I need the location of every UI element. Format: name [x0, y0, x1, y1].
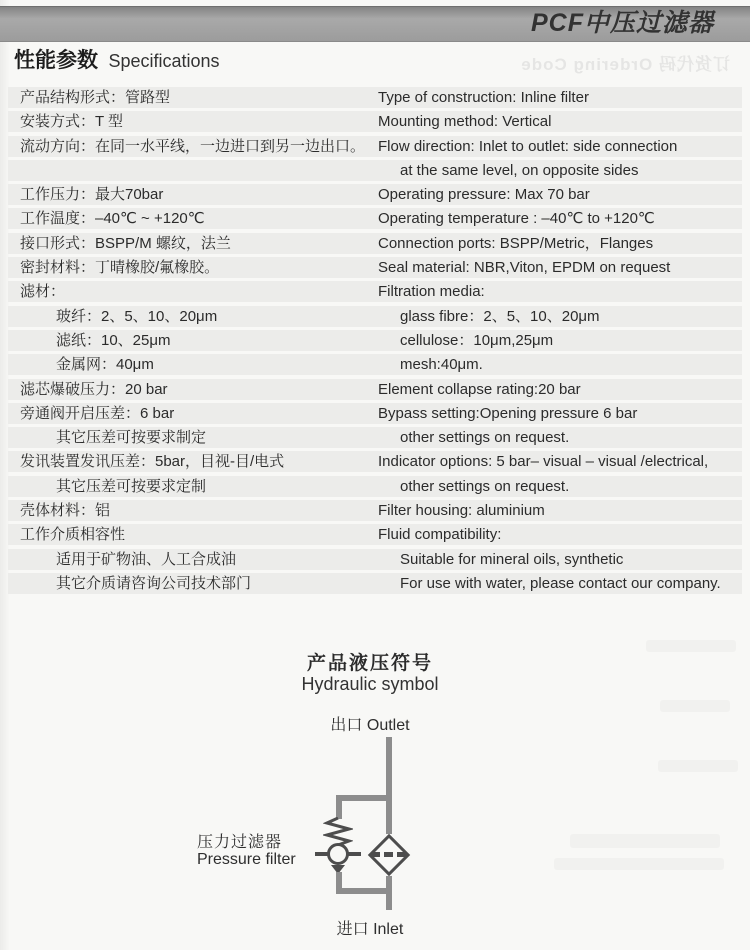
spec-cell-en: other settings on request. — [378, 476, 742, 497]
bypass-branch-bottom-line — [336, 888, 392, 894]
spec-cell-en: Element collapse rating:20 bar — [378, 379, 742, 400]
spec-row: 玻纤：2、5、10、20μm glass fibre：2、5、10、20μm — [8, 306, 742, 327]
pressure-filter-label-cn: 压力过滤器 — [197, 829, 282, 852]
spec-cell-cn: 壳体材料：铝 — [8, 500, 378, 521]
spec-cell-en: Filtration media: — [378, 281, 742, 302]
spec-row: 产品结构形式：管路型 Type of construction: Inline … — [8, 87, 742, 108]
bypass-branch-left-line-upper — [336, 795, 342, 819]
spec-row: 其它压差可按要求制定 other settings on request. — [8, 427, 742, 448]
spec-row: 其它压差可按要求定制 other settings on request. — [8, 476, 742, 497]
bleed-through-smudge — [554, 858, 724, 870]
diagram-title-cn: 产品液压符号 — [0, 648, 740, 675]
spec-cell-en: mesh:40μm. — [378, 354, 742, 375]
product-series-title: PCF中压过滤器 — [531, 7, 714, 40]
spec-cell-en: Indicator options: 5 bar– visual – visua… — [378, 451, 742, 472]
spec-row: 接口形式：BSPP/M 螺纹，法兰 Connection ports: BSPP… — [8, 233, 742, 254]
section-heading: 性能参数 Specifications — [14, 44, 220, 74]
spec-cell-cn: 其它压差可按要求定制 — [8, 476, 378, 497]
spec-cell-en: Connection ports: BSPP/Metric，Flanges — [378, 233, 742, 254]
bleed-through-smudge — [658, 760, 738, 772]
spec-row: 滤芯爆破压力：20 bar Element collapse rating:20… — [8, 379, 742, 400]
spec-cell-en: Filter housing: aluminium — [378, 500, 742, 521]
spec-cell-cn: 安装方式：T 型 — [8, 111, 378, 132]
spec-row: 工作压力：最大70bar Operating pressure: Max 70 … — [8, 184, 742, 205]
spec-cell-cn: 旁通阀开启压差：6 bar — [8, 403, 378, 424]
main-line-upper — [386, 800, 392, 834]
spec-cell-cn: 发讯装置发讯压差：5bar，目视-目/电式 — [8, 451, 378, 472]
spec-cell-cn: 接口形式：BSPP/M 螺纹，法兰 — [8, 233, 378, 254]
spec-row: at the same level, on opposite sides — [8, 160, 742, 181]
spec-row: 密封材料：丁晴橡胶/氟橡胶。 Seal material: NBR,Viton,… — [8, 257, 742, 278]
inlet-label: 进口 Inlet — [0, 916, 740, 939]
spec-cell-cn: 流动方向：在同一水平线，一边进口到另一边出口。 — [8, 136, 378, 157]
page-banner: PCF中压过滤器 — [0, 6, 750, 42]
spec-row: 滤材： Filtration media: — [8, 281, 742, 302]
spec-row: 发讯装置发讯压差：5bar，目视-目/电式 Indicator options:… — [8, 451, 742, 472]
inlet-line — [386, 876, 392, 910]
bypass-branch-top-line — [336, 795, 392, 801]
valve-seat-right-icon — [348, 852, 361, 856]
spec-row: 旁通阀开启压差：6 bar Bypass setting:Opening pre… — [8, 403, 742, 424]
spec-cell-en: cellulose：10μm,25μm — [378, 330, 742, 351]
spec-cell-cn: 工作压力：最大70bar — [8, 184, 378, 205]
spec-cell-cn: 玻纤：2、5、10、20μm — [8, 306, 378, 327]
spec-cell-cn: 滤纸：10、25μm — [8, 330, 378, 351]
spec-cell-cn: 滤材： — [8, 281, 378, 302]
spec-row: 工作介质相容性 Fluid compatibility: — [8, 524, 742, 545]
spec-cell-en: Operating pressure: Max 70 bar — [378, 184, 742, 205]
spec-cell-cn: 工作介质相容性 — [8, 524, 378, 545]
spec-cell-en: Seal material: NBR,Viton, EPDM on reques… — [378, 257, 742, 278]
spec-cell-cn: 金属网：40μm — [8, 354, 378, 375]
spec-row: 安装方式：T 型 Mounting method: Vertical — [8, 111, 742, 132]
section-title-en: Specifications — [108, 51, 219, 71]
spec-row: 金属网：40μm mesh:40μm. — [8, 354, 742, 375]
diagram-title-en: Hydraulic symbol — [0, 674, 740, 695]
spec-cell-cn: 其它介质请咨询公司技术部门 — [8, 573, 378, 594]
spec-cell-cn: 工作温度：–40℃ ~ +120℃ — [8, 208, 378, 229]
outlet-label: 出口 Outlet — [0, 712, 740, 735]
spec-cell-cn: 其它压差可按要求制定 — [8, 427, 378, 448]
spec-cell-cn: 适用于矿物油、人工合成油 — [8, 549, 378, 570]
spec-cell-en: Operating temperature : –40℃ to +120℃ — [378, 208, 742, 229]
spec-row: 其它介质请咨询公司技术部门 For use with water, please… — [8, 573, 742, 594]
bleed-through-text: 订货代码 Ordering Code — [430, 50, 730, 75]
section-title-cn: 性能参数 — [14, 49, 98, 72]
spec-row: 壳体材料：铝 Filter housing: aluminium — [8, 500, 742, 521]
filter-element-dashes-icon — [371, 852, 406, 857]
spec-cell-en: Type of construction: Inline filter — [378, 87, 742, 108]
spec-cell-en: Suitable for mineral oils, synthetic — [378, 549, 742, 570]
spec-row: 滤纸：10、25μm cellulose：10μm,25μm — [8, 330, 742, 351]
spec-row: 工作温度：–40℃ ~ +120℃ Operating temperature … — [8, 208, 742, 229]
spec-row: 适用于矿物油、人工合成油 Suitable for mineral oils, … — [8, 549, 742, 570]
spec-cell-en: For use with water, please contact our c… — [378, 573, 742, 594]
spec-cell-en: other settings on request. — [378, 427, 742, 448]
spec-cell-cn: 产品结构形式：管路型 — [8, 87, 378, 108]
outlet-line — [386, 737, 392, 800]
spec-cell-en: at the same level, on opposite sides — [378, 160, 742, 181]
spec-cell-cn: 滤芯爆破压力：20 bar — [8, 379, 378, 400]
pressure-filter-label-en: Pressure filter — [197, 851, 296, 869]
spec-cell-en: Fluid compatibility: — [378, 524, 742, 545]
spec-row: 流动方向：在同一水平线，一边进口到另一边出口。 Flow direction: … — [8, 136, 742, 157]
spec-cell-en: Bypass setting:Opening pressure 6 bar — [378, 403, 742, 424]
bypass-check-valve-icon — [327, 843, 349, 865]
bleed-through-smudge — [570, 834, 720, 848]
spec-cell-en: Flow direction: Inlet to outlet: side co… — [378, 136, 742, 157]
spec-cell-en: Mounting method: Vertical — [378, 111, 742, 132]
spec-cell-en: glass fibre：2、5、10、20μm — [378, 306, 742, 327]
spec-cell-cn: 密封材料：丁晴橡胶/氟橡胶。 — [8, 257, 378, 278]
bleed-through-smudge — [660, 700, 730, 712]
spec-table: 产品结构形式：管路型 Type of construction: Inline … — [8, 87, 742, 597]
